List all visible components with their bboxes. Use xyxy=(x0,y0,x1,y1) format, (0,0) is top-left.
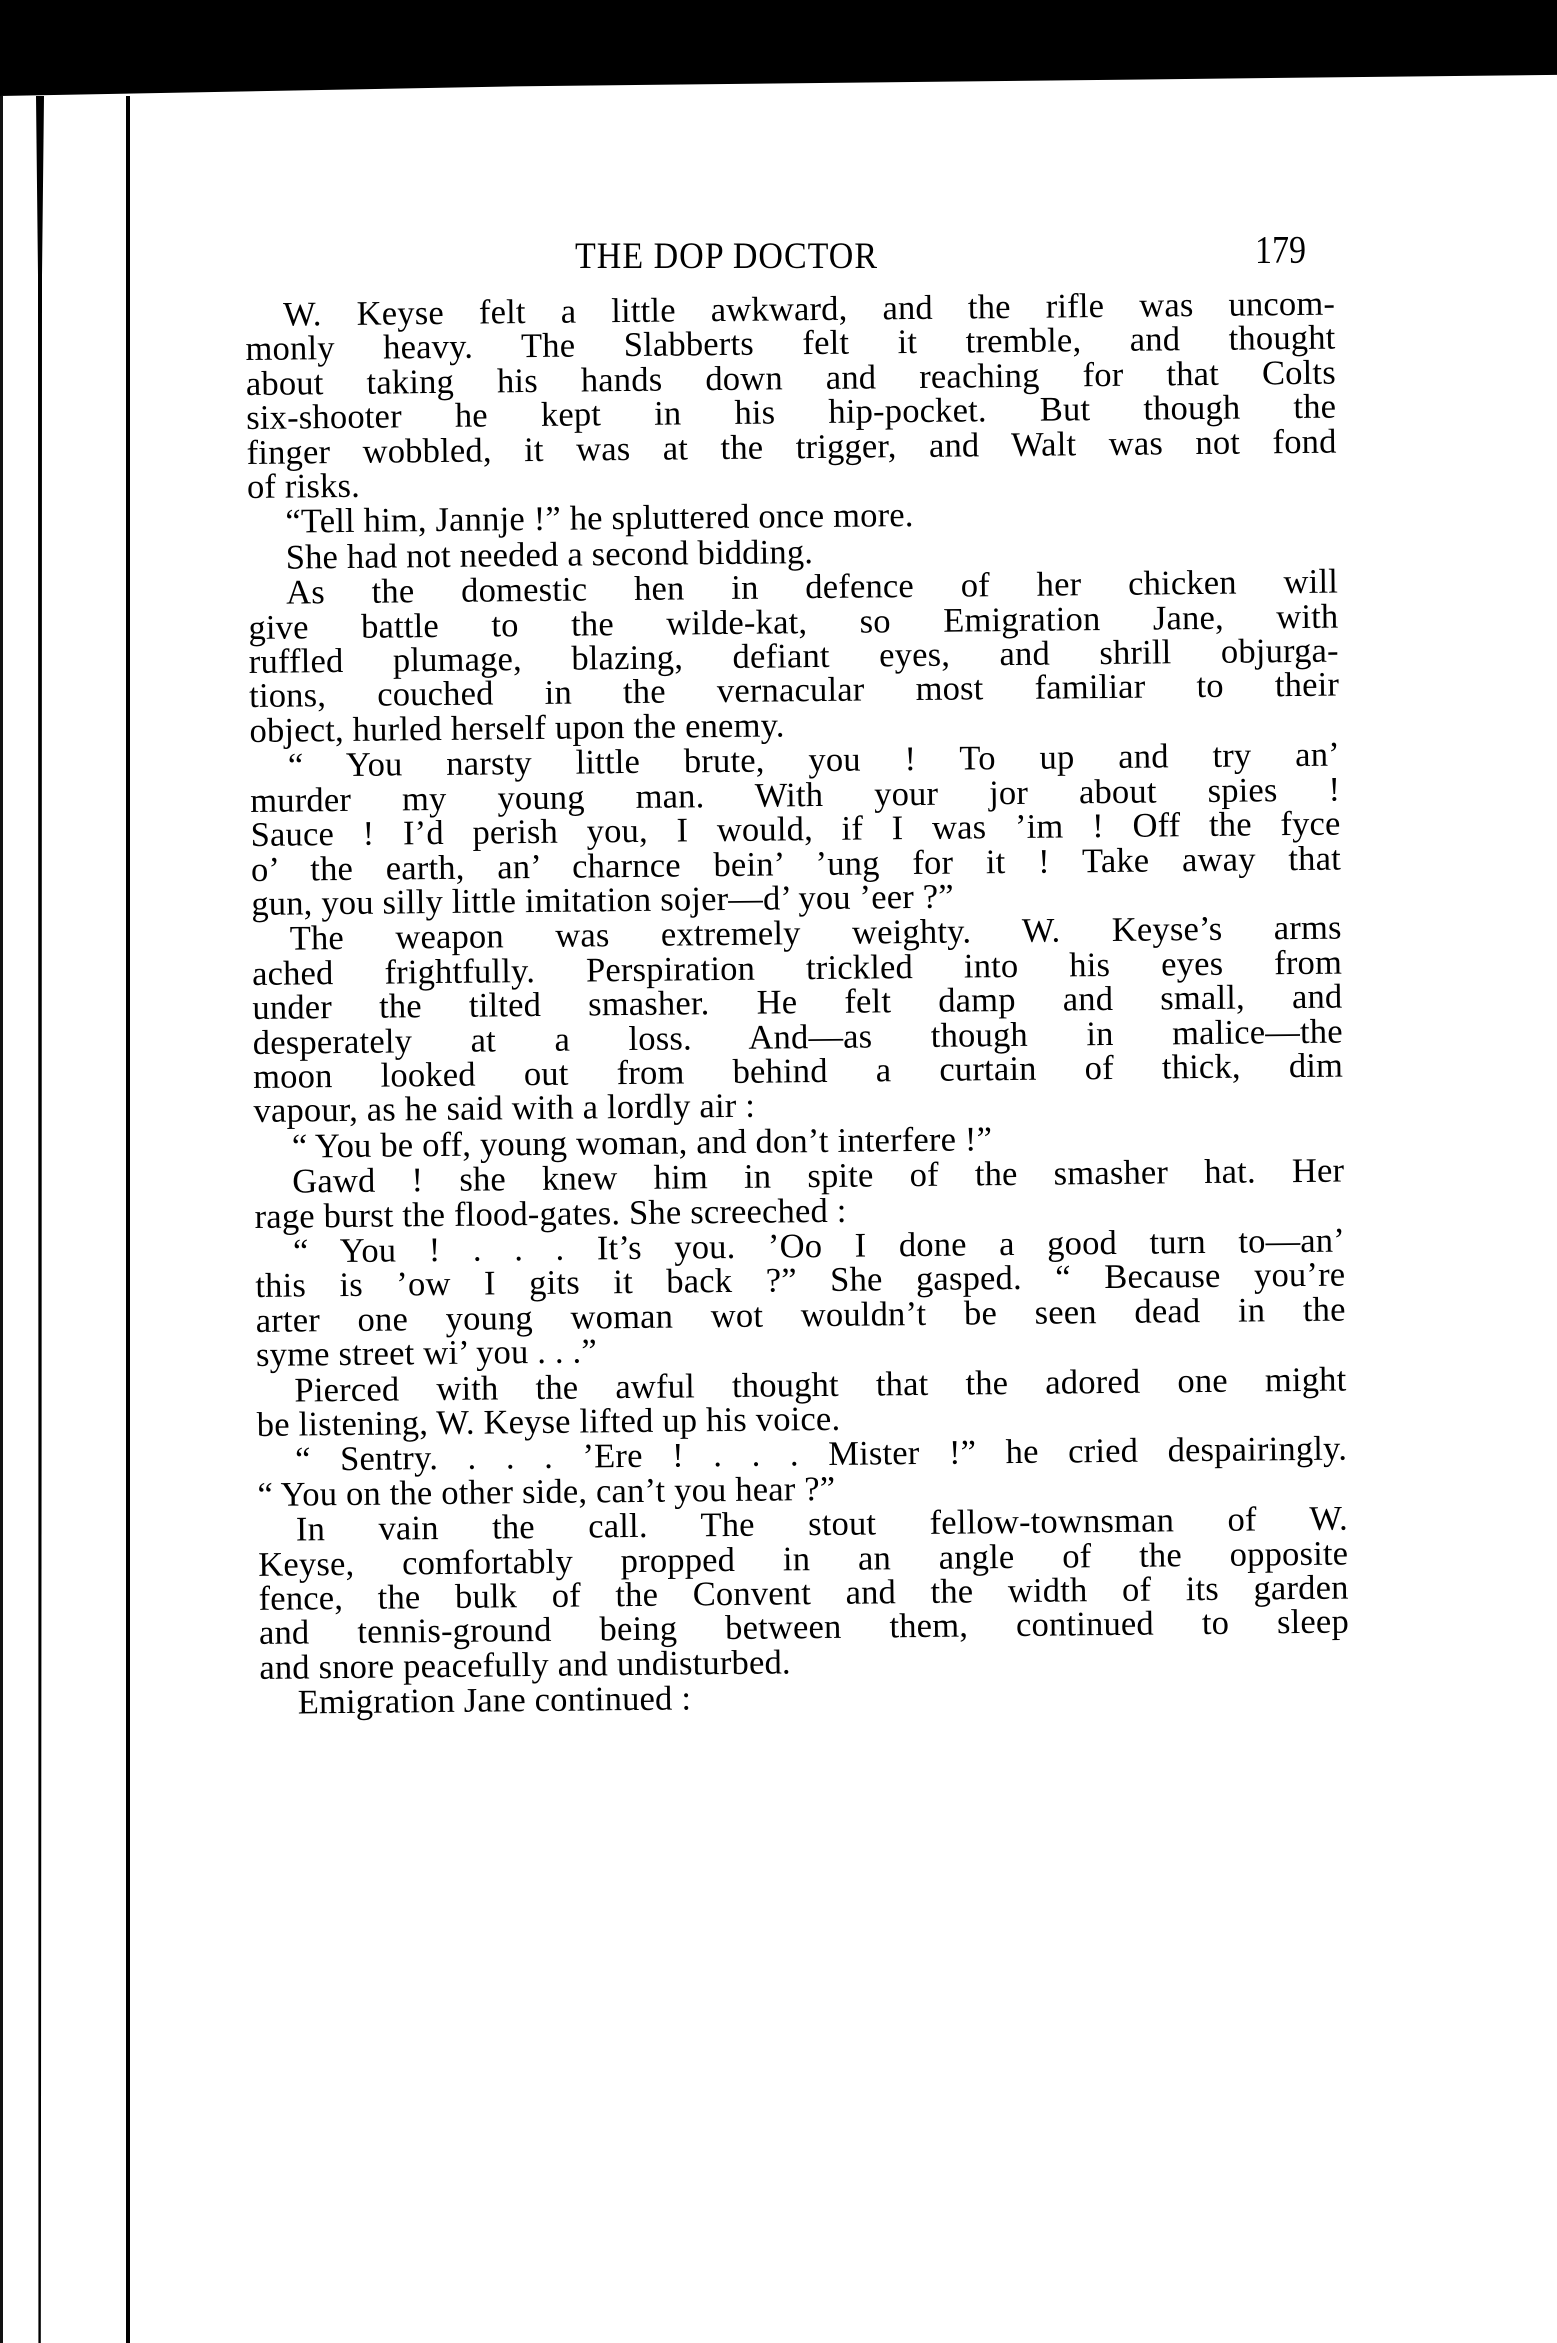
text-line: Emigration Jane continued : xyxy=(260,1675,1350,1721)
paragraph: The weapon was extremely weighty. W. Key… xyxy=(252,911,1344,1129)
page-number: 179 xyxy=(1255,229,1306,273)
paragraph: As the domestic hen in defence of her ch… xyxy=(248,565,1340,748)
paragraph: “ You ! . . . It’s you. ’Oo I done a goo… xyxy=(255,1224,1346,1373)
paragraph: In vain the call. The stout fellow-towns… xyxy=(258,1502,1350,1685)
paragraph: Pierced with the awful thought that the … xyxy=(256,1362,1347,1442)
scan-left-edge xyxy=(0,96,3,2343)
book-gutter-shadow xyxy=(36,96,44,2343)
book-page: THE DOP DOCTOR 179 W. Keyse felt a littl… xyxy=(245,238,1335,1722)
paragraph: Gawd ! she knew him in spite of the smas… xyxy=(254,1154,1345,1234)
paragraph: “ You narsty little brute, you ! To up a… xyxy=(250,738,1342,921)
paragraph: W. Keyse felt a little awkward, and the … xyxy=(245,287,1337,505)
page-fold-line xyxy=(126,96,130,2343)
paragraph: “ Sentry. . . . ’Ere ! . . . Mister !” h… xyxy=(257,1432,1348,1512)
paragraph: Emigration Jane continued : xyxy=(260,1675,1350,1721)
scan-top-border xyxy=(0,0,1557,96)
body-text: W. Keyse felt a little awkward, and the … xyxy=(245,287,1350,1721)
running-title: THE DOP DOCTOR xyxy=(575,236,878,278)
